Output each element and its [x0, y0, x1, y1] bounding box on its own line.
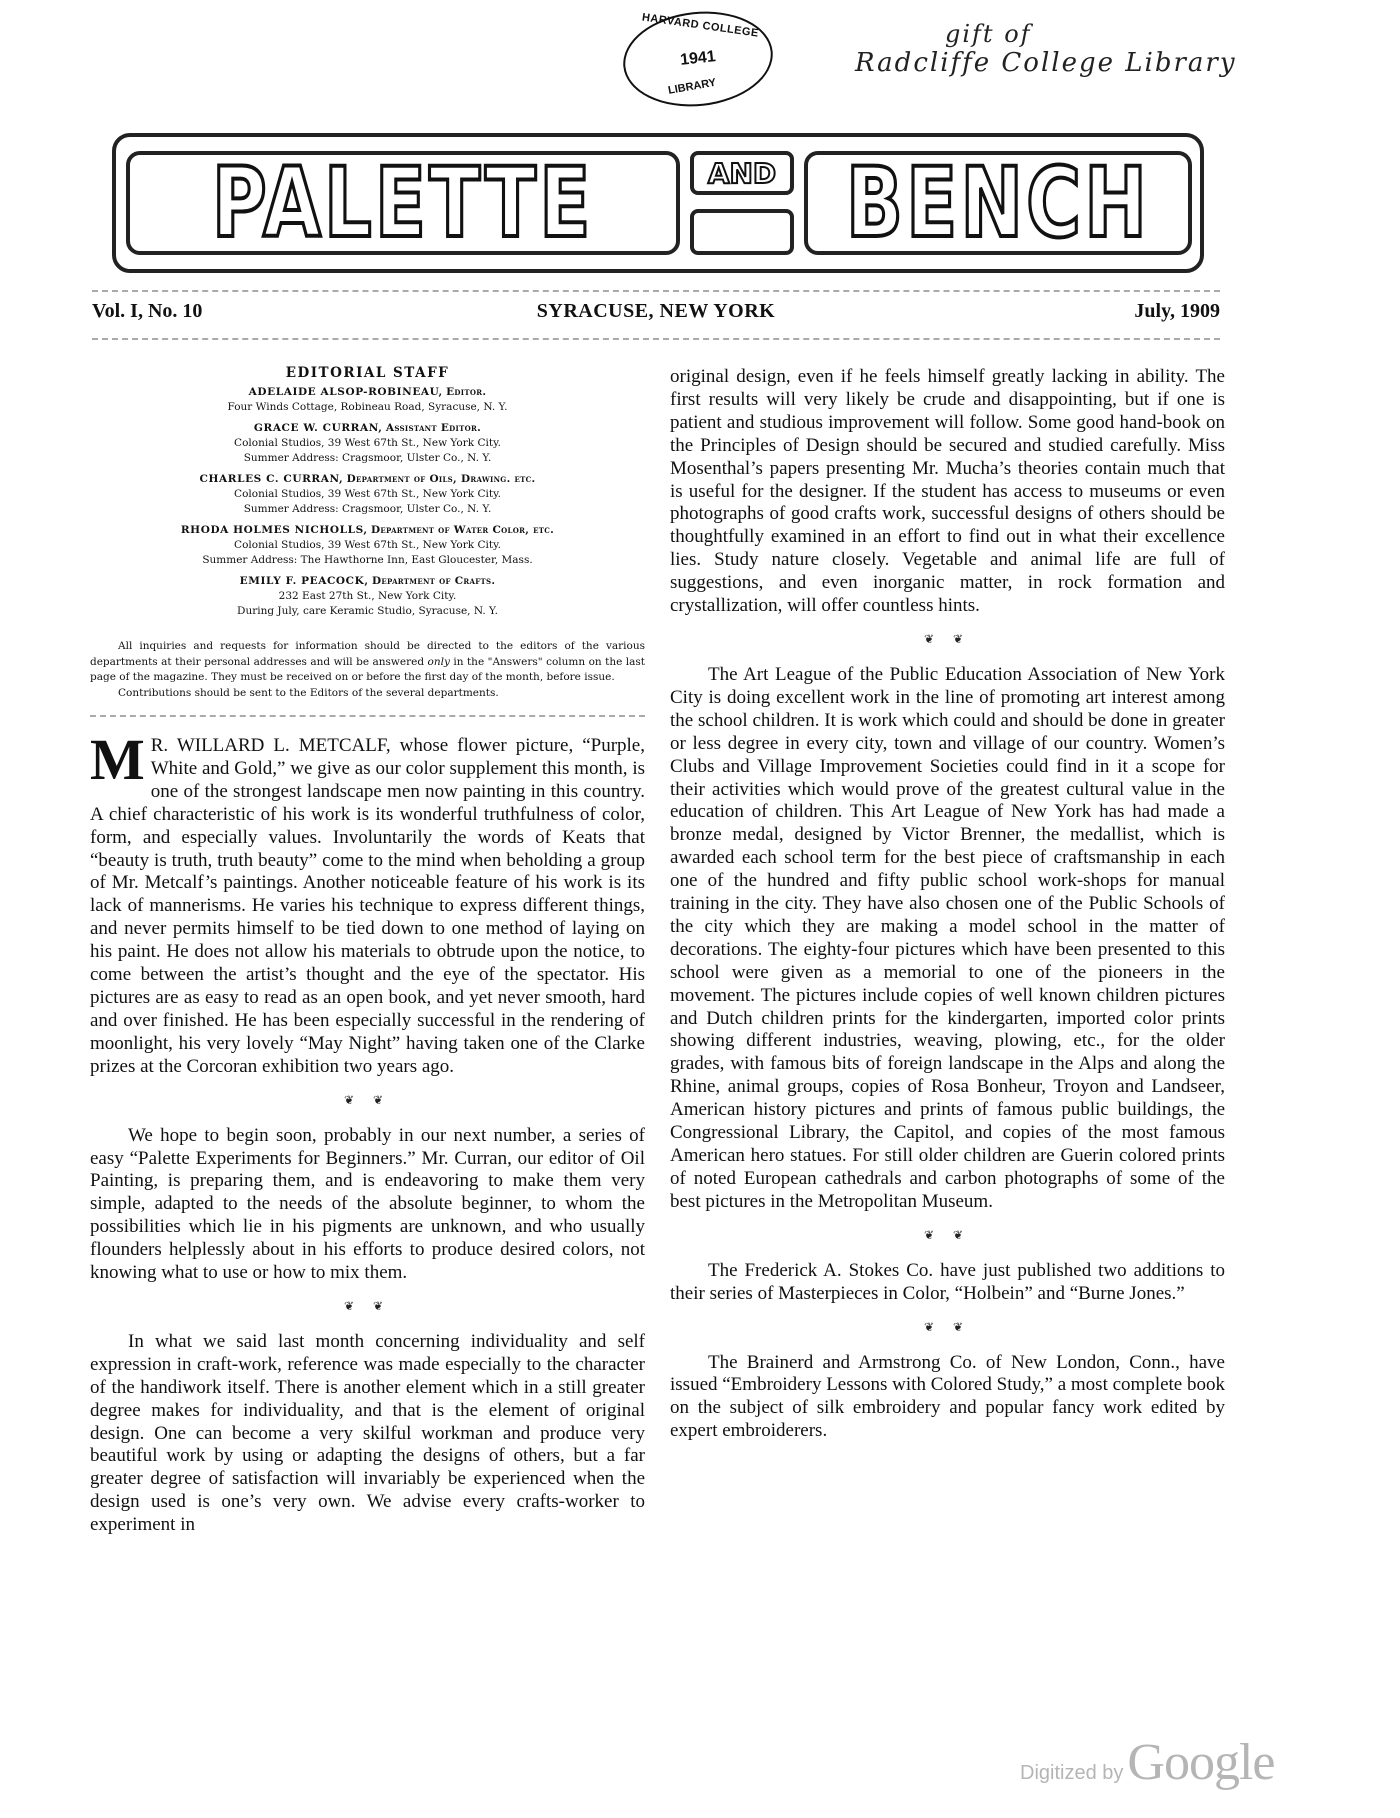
google-logo: Google [1127, 1734, 1274, 1791]
stamp-year: 1941 [624, 42, 771, 75]
staff-entry: ADELAIDE ALSOP-ROBINEAU, Editor. Four Wi… [90, 385, 645, 415]
article-individuality-continued: original design, even if he feels himsel… [670, 366, 1225, 618]
left-column: EDITORIAL STAFF ADELAIDE ALSOP-ROBINEAU,… [90, 366, 645, 1537]
staff-address: 232 East 27th St., New York City. [90, 589, 645, 604]
masthead-and-panel: AND [690, 151, 794, 195]
masthead-left-panel: PALETTE [126, 151, 680, 255]
handwritten-gift: gift of [945, 20, 1032, 48]
divider-rule-staff [90, 701, 645, 717]
divider-rule-issue [92, 338, 1220, 340]
article-metcalf: MR. WILLARD L. METCALF, whose flower pic… [90, 735, 645, 1079]
masthead-right-panel: BENCH [804, 151, 1192, 255]
article-text: R. WILLARD L. METCALF, whose flower pict… [90, 735, 645, 1077]
masthead-title-and: AND [708, 157, 776, 190]
staff-entry: RHODA HOLMES NICHOLLS, Department of Wat… [90, 523, 645, 568]
staff-role: Department of Oils, Drawing. etc. [347, 473, 536, 485]
staff-entry: GRACE W. CURRAN, Assistant Editor. Colon… [90, 421, 645, 466]
article-stokes: The Frederick A. Stokes Co. have just pu… [670, 1260, 1225, 1306]
article-art-league: The Art League of the Public Education A… [670, 664, 1225, 1214]
stamp-bottom-text: LIBRARY [667, 77, 717, 97]
staff-name: RHODA HOLMES NICHOLLS, [181, 524, 368, 536]
staff-address: Colonial Studios, 39 West 67th St., New … [90, 538, 645, 553]
staff-role: Department of Water Color, etc. [371, 524, 554, 536]
staff-name: CHARLES C. CURRAN, [200, 473, 344, 485]
divider-rule-top [92, 290, 1220, 292]
article-text: We hope to begin soon, probably in our n… [90, 1125, 645, 1285]
article-text: The Brainerd and Armstrong Co. of New Lo… [670, 1352, 1225, 1444]
section-ornament: ❦ ❦ [670, 632, 1225, 647]
article-individuality: In what we said last month concerning in… [90, 1331, 645, 1537]
section-ornament: ❦ ❦ [90, 1299, 645, 1314]
staff-summer-address: Summer Address: Cragsmoor, Ulster Co., N… [90, 451, 645, 466]
article-text: original design, even if he feels himsel… [670, 366, 1225, 618]
section-ornament: ❦ ❦ [670, 1320, 1225, 1335]
inquiries-notice: All inquiries and requests for informati… [90, 639, 645, 701]
handwritten-note: gift of Radcliffe College Library [855, 48, 1237, 78]
drop-cap: M [90, 738, 145, 782]
watermark-prefix: Digitized by [1020, 1762, 1123, 1784]
issue-date: July, 1909 [1134, 300, 1220, 323]
staff-name: EMILY F. PEACOCK, [240, 575, 369, 587]
handwritten-library: Radcliffe College Library [855, 48, 1237, 78]
staff-role: Editor. [446, 386, 486, 398]
staff-role: Department of Crafts. [372, 575, 495, 587]
right-column: original design, even if he feels himsel… [670, 366, 1225, 1443]
article-brainerd: The Brainerd and Armstrong Co. of New Lo… [670, 1352, 1225, 1444]
editorial-staff-heading: EDITORIAL STAFF [90, 366, 645, 381]
staff-entry: CHARLES C. CURRAN, Department of Oils, D… [90, 472, 645, 517]
staff-july-address: During July, care Keramic Studio, Syracu… [90, 604, 645, 619]
section-ornament: ❦ ❦ [670, 1228, 1225, 1243]
stamp-top-text: HARVARD COLLEGE [641, 11, 759, 39]
masthead-title-bench: BENCH [846, 155, 1150, 251]
issue-place: SYRACUSE, NEW YORK [92, 300, 1220, 323]
section-ornament: ❦ ❦ [90, 1093, 645, 1108]
staff-role: Assistant Editor. [386, 422, 481, 434]
digitized-by-google-watermark: Digitized byGoogle [1020, 1733, 1274, 1792]
library-stamp: HARVARD COLLEGE 1941 LIBRARY [618, 4, 777, 113]
staff-summer-address: Summer Address: The Hawthorne Inn, East … [90, 553, 645, 568]
masthead-bar-decoration [690, 209, 794, 255]
article-text: The Frederick A. Stokes Co. have just pu… [670, 1260, 1225, 1306]
staff-address: Colonial Studios, 39 West 67th St., New … [90, 487, 645, 502]
issue-info-bar: Vol. I, No. 10 SYRACUSE, NEW YORK July, … [92, 300, 1220, 326]
masthead: PALETTE AND BENCH [112, 133, 1204, 273]
masthead-title-palette: PALETTE [212, 155, 594, 251]
staff-address: Four Winds Cottage, Robineau Road, Syrac… [90, 400, 645, 415]
notice-emphasis: only [428, 656, 450, 668]
staff-name: ADELAIDE ALSOP-ROBINEAU, [249, 386, 443, 398]
staff-name: GRACE W. CURRAN, [254, 422, 383, 434]
article-palette-experiments: We hope to begin soon, probably in our n… [90, 1125, 645, 1285]
editorial-staff: EDITORIAL STAFF ADELAIDE ALSOP-ROBINEAU,… [90, 366, 645, 619]
article-text: The Art League of the Public Education A… [670, 664, 1225, 1214]
staff-entry: EMILY F. PEACOCK, Department of Crafts. … [90, 574, 645, 619]
contributions-notice: Contributions should be sent to the Edit… [90, 686, 645, 702]
staff-address: Colonial Studios, 39 West 67th St., New … [90, 436, 645, 451]
staff-summer-address: Summer Address: Cragsmoor, Ulster Co., N… [90, 502, 645, 517]
article-text: In what we said last month concerning in… [90, 1331, 645, 1537]
